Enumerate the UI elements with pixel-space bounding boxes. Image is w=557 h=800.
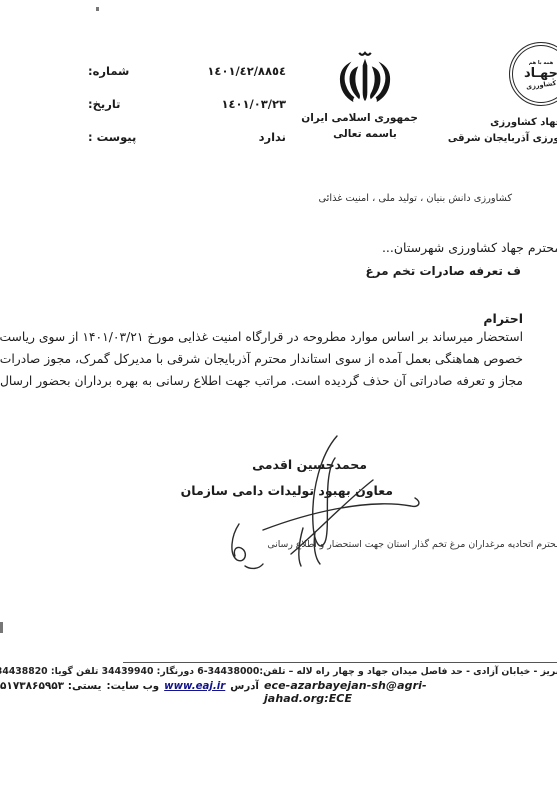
website-label: وب سایت:	[107, 681, 160, 692]
cc-line: محترم اتحادیه مرغداران مرغ تخم گذار استا…	[267, 539, 557, 550]
number-label: شماره:	[88, 64, 129, 78]
postal-code: یستی: ۵۱۷۳۸۶۵۹۵۳	[0, 680, 102, 692]
attachment-label: پیوست :	[88, 130, 136, 144]
seal-main-text: جهـاد	[524, 67, 557, 80]
ece-email-link[interactable]: ece-azarbayejan-sh@agri-jahad.org:ECE	[264, 679, 507, 705]
header-meta: شماره: ١٤٠١/٤٢/٨٨٥٤ تاریخ: ١٤٠١/٠٣/٢٣ پی…	[88, 64, 286, 163]
ece-address-label: آدرس	[230, 681, 259, 692]
footer-divider	[123, 662, 557, 663]
attachment-value: ندارد	[259, 130, 286, 144]
country-title: جمهوری اسلامی ایران	[312, 112, 418, 124]
footer-address-line: تبریز - خیابان آزادی - حد فاصل میدان جها…	[0, 666, 557, 677]
iran-emblem-icon	[312, 50, 418, 106]
number-value: ١٤٠١/٤٢/٨٨٥٤	[207, 64, 286, 78]
slogan-line: کشاورزی دانش بنیان ، تولید ملی ، امنیت غ…	[318, 193, 512, 204]
recipient-line: محترم جهاد کشاورزی شهرستان...	[382, 240, 557, 255]
website-link[interactable]: www.eaj.ir	[164, 681, 225, 692]
scan-artifact-left-edge	[0, 622, 3, 633]
letter-scan-page: شماره: ١٤٠١/٤٢/٨٨٥٤ تاریخ: ١٤٠١/٠٣/٢٣ پی…	[0, 0, 557, 800]
handwritten-signature-icon	[225, 432, 440, 572]
body-line-1: استحضار میرساند بر اساس موارد مطروحه در …	[0, 330, 523, 344]
meta-row-number: شماره: ١٤٠١/٤٢/٨٨٥٤	[88, 64, 286, 78]
scan-artifact-top	[96, 7, 99, 11]
org-name-line2: اورزی آذربایجان شرقی	[448, 133, 557, 144]
date-value: ١٤٠١/٠٣/٢٣	[221, 97, 286, 111]
greeting-text: احترام	[483, 311, 523, 326]
meta-row-date: تاریخ: ١٤٠١/٠٣/٢٣	[88, 97, 286, 111]
date-label: تاریخ:	[88, 97, 120, 111]
footer-web-line: یستی: ۵۱۷۳۸۶۵۹۵۳ وب سایت: www.eaj.ir آدر…	[0, 679, 507, 705]
meta-row-attachment: پیوست : ندارد	[88, 130, 286, 144]
subject-line: ف تعرفه صادرات تخم مرغ	[365, 264, 521, 278]
body-line-3: مجاز و تعرفه صادراتی آن حذف گردیده است. …	[0, 374, 523, 388]
jahad-keshavarzi-seal-icon: همه با هم جهـاد کشاورزی	[509, 42, 557, 106]
basmala-text: باسمه تعالی	[312, 128, 418, 140]
seal-top-text: همه با هم	[529, 60, 553, 66]
body-line-2: خصوص هماهنگی بعمل آمده از سوی استاندار م…	[0, 352, 523, 366]
header-center: جمهوری اسلامی ایران باسمه تعالی	[312, 50, 418, 140]
org-name-line1: جهاد کشاورزی	[490, 117, 557, 128]
